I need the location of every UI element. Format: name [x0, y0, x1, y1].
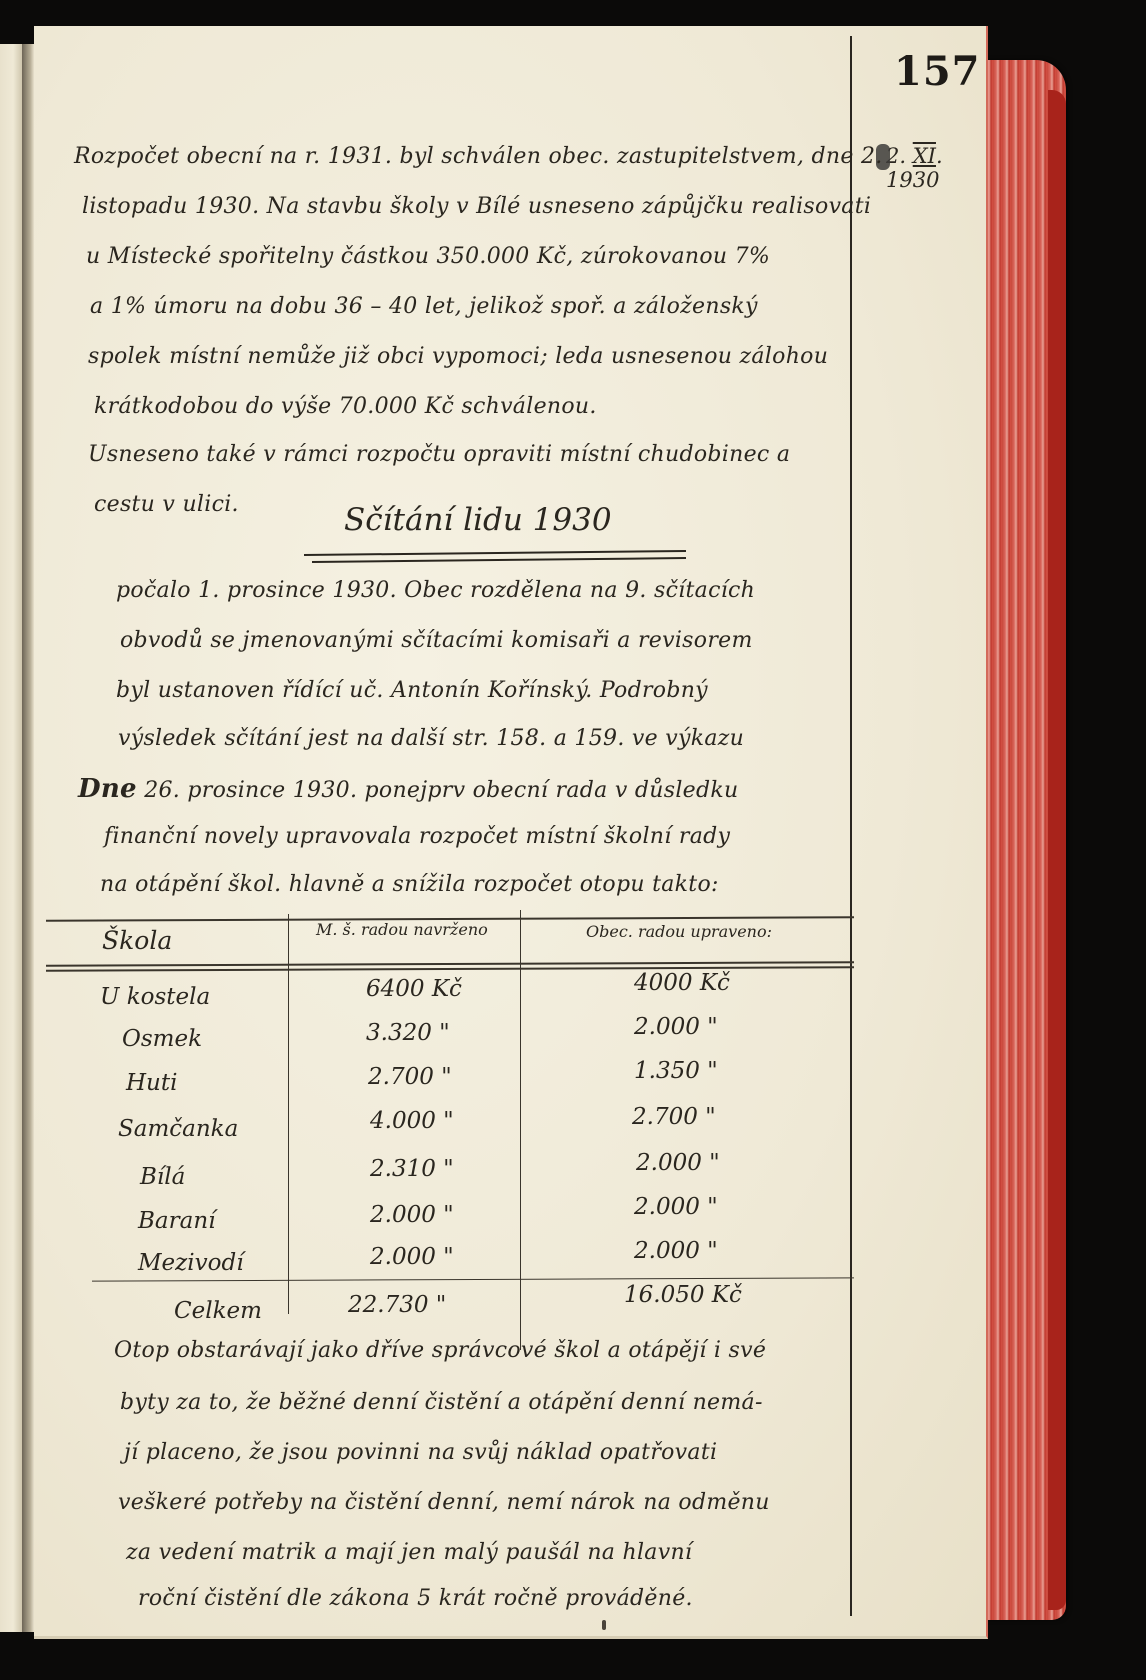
paragraph-3-line: roční čistění dle zákona 5 krát ročně pr… [138, 1586, 693, 1611]
table-header-rule [46, 961, 854, 966]
margin-date: 2. XI. 1930 [886, 144, 986, 192]
table-total-adjusted: 16.050 Kč [624, 1282, 742, 1308]
paragraph-3-line: byty za to, že běžné denní čistění a otá… [120, 1390, 763, 1415]
table-cell-adjusted: 2.000 " [634, 1014, 718, 1040]
section-line: byl ustanoven řídící uč. Antonín Kořínsk… [116, 678, 708, 703]
ledger-page: 157 2. XI. 1930 Rozpočet obecní na r. 19… [34, 26, 988, 1639]
margin-date-month: XI [913, 144, 936, 168]
table-cell-school: U kostela [100, 984, 210, 1010]
table-cell-adjusted: 1.350 " [634, 1058, 718, 1084]
table-cell-adjusted: 2.000 " [634, 1194, 718, 1220]
paragraph-2-line: Dne 26. prosince 1930. ponejprv obecní r… [78, 774, 739, 804]
table-cell-school: Bílá [140, 1164, 185, 1190]
heading-underline [312, 557, 686, 562]
table-cell-proposed: 2.700 " [368, 1064, 452, 1090]
table-cell-school: Huti [126, 1070, 177, 1096]
table-cell-proposed: 4.000 " [370, 1108, 454, 1134]
table-cell-proposed: 6400 Kč [366, 976, 462, 1002]
paragraph-3-line: jí placeno, že jsou povinni na svůj nákl… [124, 1440, 717, 1465]
heading-underline [304, 550, 686, 556]
table-cell-adjusted: 4000 Kč [634, 970, 730, 996]
section-heading: Sčítání lidu 1930 [344, 502, 612, 538]
table-cell-proposed: 3.320 " [366, 1020, 450, 1046]
table-cell-school: Mezivodí [138, 1250, 244, 1276]
table-column-rule [520, 910, 521, 1350]
table-total-label: Celkem [174, 1298, 262, 1324]
paragraph-2-line: finanční novely upravovala rozpočet míst… [104, 824, 730, 849]
paragraph-1-line: spolek místní nemůže již obci vypomoci; … [88, 344, 828, 369]
section-line: výsledek sčítání jest na další str. 158.… [118, 726, 744, 751]
table-cell-adjusted: 2.000 " [636, 1150, 720, 1176]
table-cell-proposed: 2.000 " [370, 1202, 454, 1228]
table-cell-proposed: 2.310 " [370, 1156, 454, 1182]
paragraph-1-line: a 1% úmoru na dobu 36 – 40 let, jelikož … [90, 294, 758, 319]
table-total-proposed: 22.730 " [348, 1292, 446, 1318]
table-cell-proposed: 2.000 " [370, 1244, 454, 1270]
table-cell-school: Baraní [138, 1208, 216, 1234]
table-cell-adjusted: 2.000 " [634, 1238, 718, 1264]
paragraph-3-line: veškeré potřeby na čistění denní, nemí n… [118, 1490, 770, 1515]
paragraph-2-text: 26. prosince 1930. ponejprv obecní rada … [144, 778, 738, 803]
table-column-rule [288, 914, 289, 1314]
paragraph-2-line: na otápění škol. hlavně a snížila rozpoč… [100, 872, 719, 897]
table-cell-adjusted: 2.700 " [632, 1104, 716, 1130]
paragraph-3-line: Otop obstarávají jako dříve správcové šk… [114, 1338, 766, 1363]
table-cell-school: Osmek [122, 1026, 202, 1052]
table-header-adjusted: Obec. radou upraveno: [586, 922, 772, 941]
paragraph-1-line: listopadu 1930. Na stavbu školy v Bílé u… [82, 194, 871, 219]
section-line: počalo 1. prosince 1930. Obec rozdělena … [116, 578, 755, 603]
margin-date-year: 1930 [886, 168, 939, 192]
table-cell-school: Samčanka [118, 1116, 238, 1142]
section-line: obvodů se jmenovanými sčítacími komisaři… [120, 628, 753, 653]
table-header-school: Škola [102, 926, 172, 955]
paragraph-1-line: u Místecké spořitelny částkou 350.000 Kč… [86, 244, 770, 269]
paragraph-1-line: Rozpočet obecní na r. 1931. byl schválen… [74, 144, 883, 169]
paragraph-1-line: krátkodobou do výše 70.000 Kč schválenou… [94, 394, 597, 419]
book-cover-edge [1048, 90, 1066, 1610]
page-number: 157 [894, 48, 981, 95]
margin-rule [850, 36, 852, 1616]
paragraph-3-line: za vedení matrik a mají jen malý paušál … [126, 1540, 692, 1565]
paragraph-1-line: Usneseno také v rámci rozpočtu opraviti … [88, 442, 790, 467]
book-gutter [22, 44, 34, 1632]
ink-mark [602, 1620, 606, 1630]
table-header-rule [46, 966, 854, 971]
paragraph-1-line: cestu v ulici. [94, 492, 239, 517]
paragraph-2-lead-word: Dne [78, 774, 137, 804]
left-page-edge [0, 44, 22, 1632]
table-header-proposed: M. š. radou navrženo [316, 920, 488, 939]
